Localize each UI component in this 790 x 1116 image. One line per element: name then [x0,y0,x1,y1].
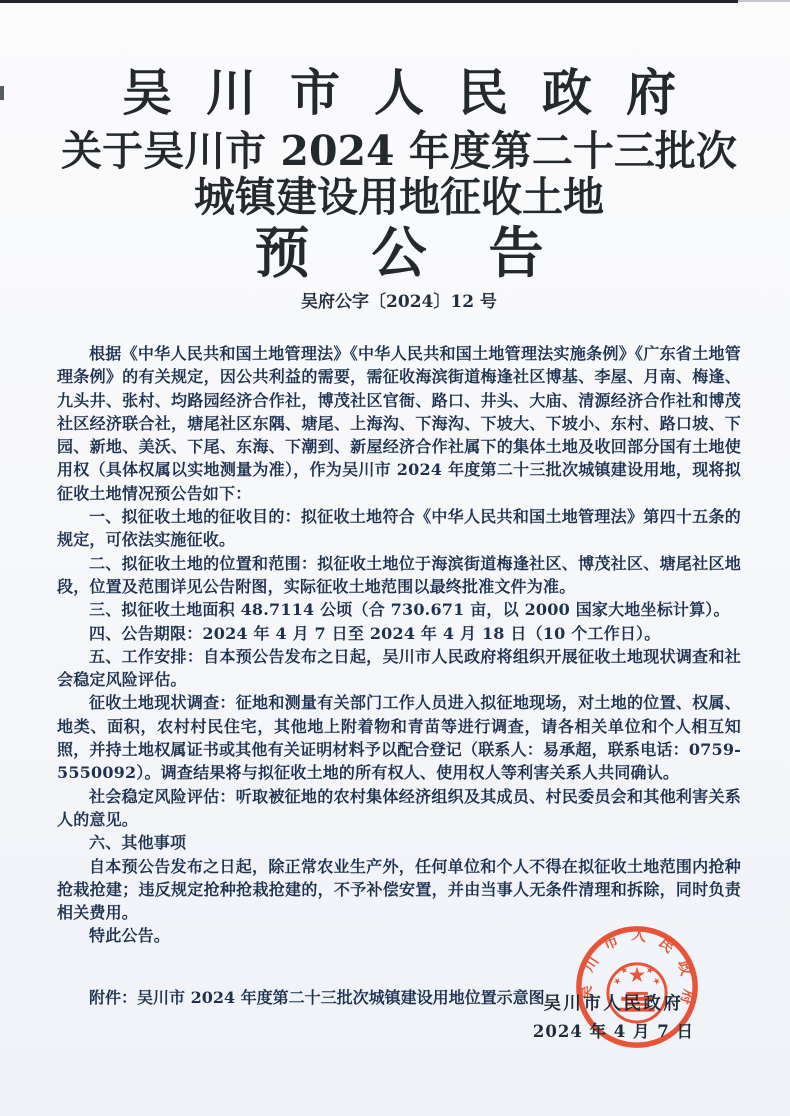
signature-org: 吴川市人民政府 [533,990,694,1018]
paragraph: 四、公告期限：2024 年 4 月 7 日至 2024 年 4 月 18 日（1… [57,622,741,645]
paragraph: 一、拟征收土地的征收目的：拟征收土地符合《中华人民共和国土地管理法》第四十五条的… [57,505,741,552]
issuing-authority-title: 吴川市人民政府 [57,64,741,122]
paragraph: 自本预公告发布之日起，除正常农业生产外，任何单位和个人不得在拟征收土地范围内抢种… [57,855,741,925]
scan-artifact-top-line-end [738,0,790,2]
paragraph: 五、工作安排：自本预公告发布之日起，吴川市人民政府将组织开展征收土地现状调查和社… [57,645,741,692]
paragraph: 六、其他事项 [57,831,741,854]
paragraph: 二、拟征收土地的位置和范围：拟征收土地位于海滨街道梅逢社区、博茂社区、塘尾社区地… [57,552,741,599]
document-body: 根据《中华人民共和国土地管理法》《中华人民共和国土地管理法实施条例》《广东省土地… [57,342,741,948]
official-notice-document: 吴川市人民政府 关于吴川市 2024 年度第二十三批次 城镇建设用地征收土地 预… [57,0,741,1009]
paragraph: 社会稳定风险评估：听取被征地的农村集体经济组织及其成员、村民委员会和其他利害关系… [57,785,741,832]
paragraph: 三、拟征收土地面积 48.7114 公顷（合 730.671 亩，以 2000 … [57,598,741,621]
notice-title-line-1: 关于吴川市 2024 年度第二十三批次 [57,128,741,174]
scanned-notice-page: { "document": { "org_title": "吴川市人民政府", … [0,0,790,1116]
signature-block: 吴川市人民政府 2024 年 4 月 7 日 [533,990,694,1046]
notice-title-line-2: 城镇建设用地征收土地 [57,174,741,220]
big-star-icon [629,967,645,982]
document-number: 吴府公字〔2024〕12 号 [57,292,741,312]
signature-date: 2024 年 4 月 7 日 [533,1018,694,1046]
paragraph: 征收土地现状调查：征地和测量有关部门工作人员进入拟征地现场，对土地的位置、权属、… [57,691,741,784]
notice-subtitle: 预公告 [57,222,741,284]
paragraph: 根据《中华人民共和国土地管理法》《中华人民共和国土地管理法实施条例》《广东省土地… [57,342,741,505]
scan-artifact-left-mark [0,86,4,100]
